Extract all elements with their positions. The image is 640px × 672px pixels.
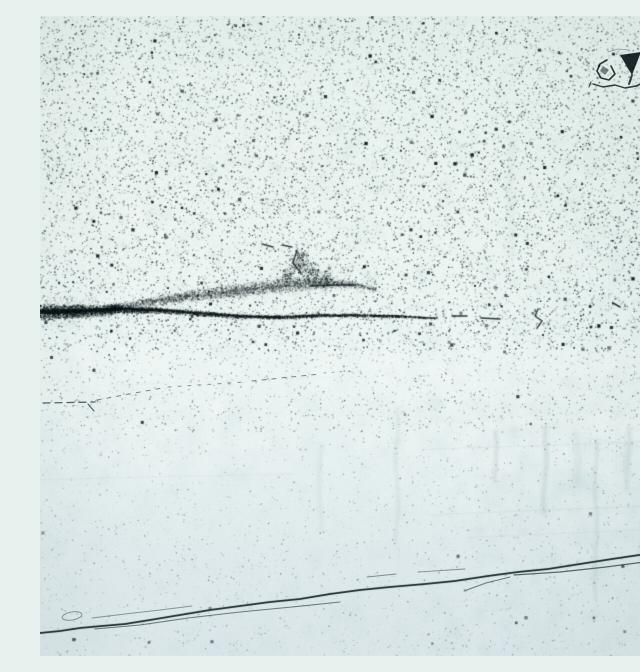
wall-texture-canvas xyxy=(40,16,640,656)
weathered-wall-photo xyxy=(40,16,640,656)
